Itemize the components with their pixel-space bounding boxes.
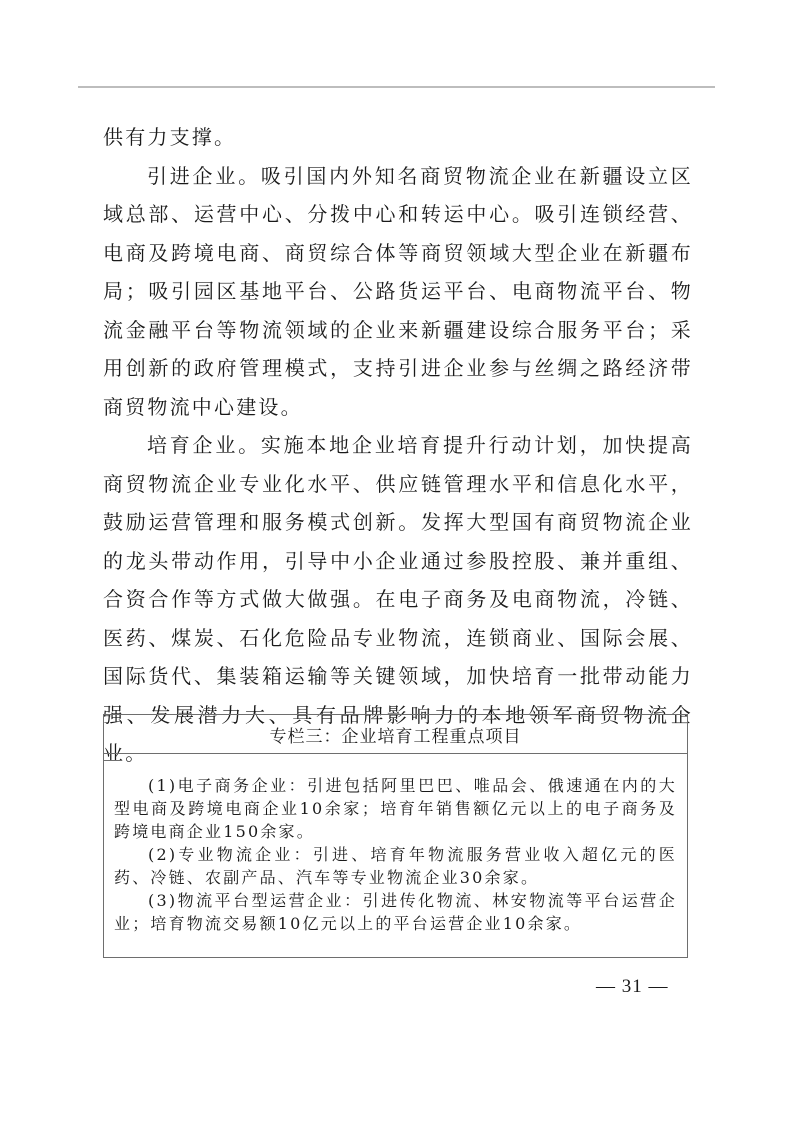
feature-item-logistics: (2)专业物流企业：引进、培育年物流服务营业收入超亿元的医药、冷链、农副产品、汽… <box>114 843 677 889</box>
feature-box: 专栏三：企业培育工程重点项目 (1)电子商务企业：引进包括阿里巴巴、唯品会、俄速… <box>103 714 688 958</box>
feature-item-ecommerce: (1)电子商务企业：引进包括阿里巴巴、唯品会、俄速通在内的大型电商及跨境电商企业… <box>114 774 677 843</box>
page-number: — 31 — <box>596 976 669 998</box>
paragraph-introduce-enterprises: 引进企业。吸引国内外知名商贸物流企业在新疆设立区域总部、运营中心、分拨中心和转运… <box>103 157 693 427</box>
main-text: 供有力支撑。 引进企业。吸引国内外知名商贸物流企业在新疆设立区域总部、运营中心、… <box>103 118 693 773</box>
feature-item-platform: (3)物流平台型运营企业：引进传化物流、林安物流等平台运营企业；培育物流交易额1… <box>114 889 677 935</box>
feature-box-body: (1)电子商务企业：引进包括阿里巴巴、唯品会、俄速通在内的大型电商及跨境电商企业… <box>104 754 687 935</box>
paragraph-continuation: 供有力支撑。 <box>103 118 693 157</box>
header-rule <box>78 86 715 88</box>
feature-box-title: 专栏三：企业培育工程重点项目 <box>104 715 687 754</box>
